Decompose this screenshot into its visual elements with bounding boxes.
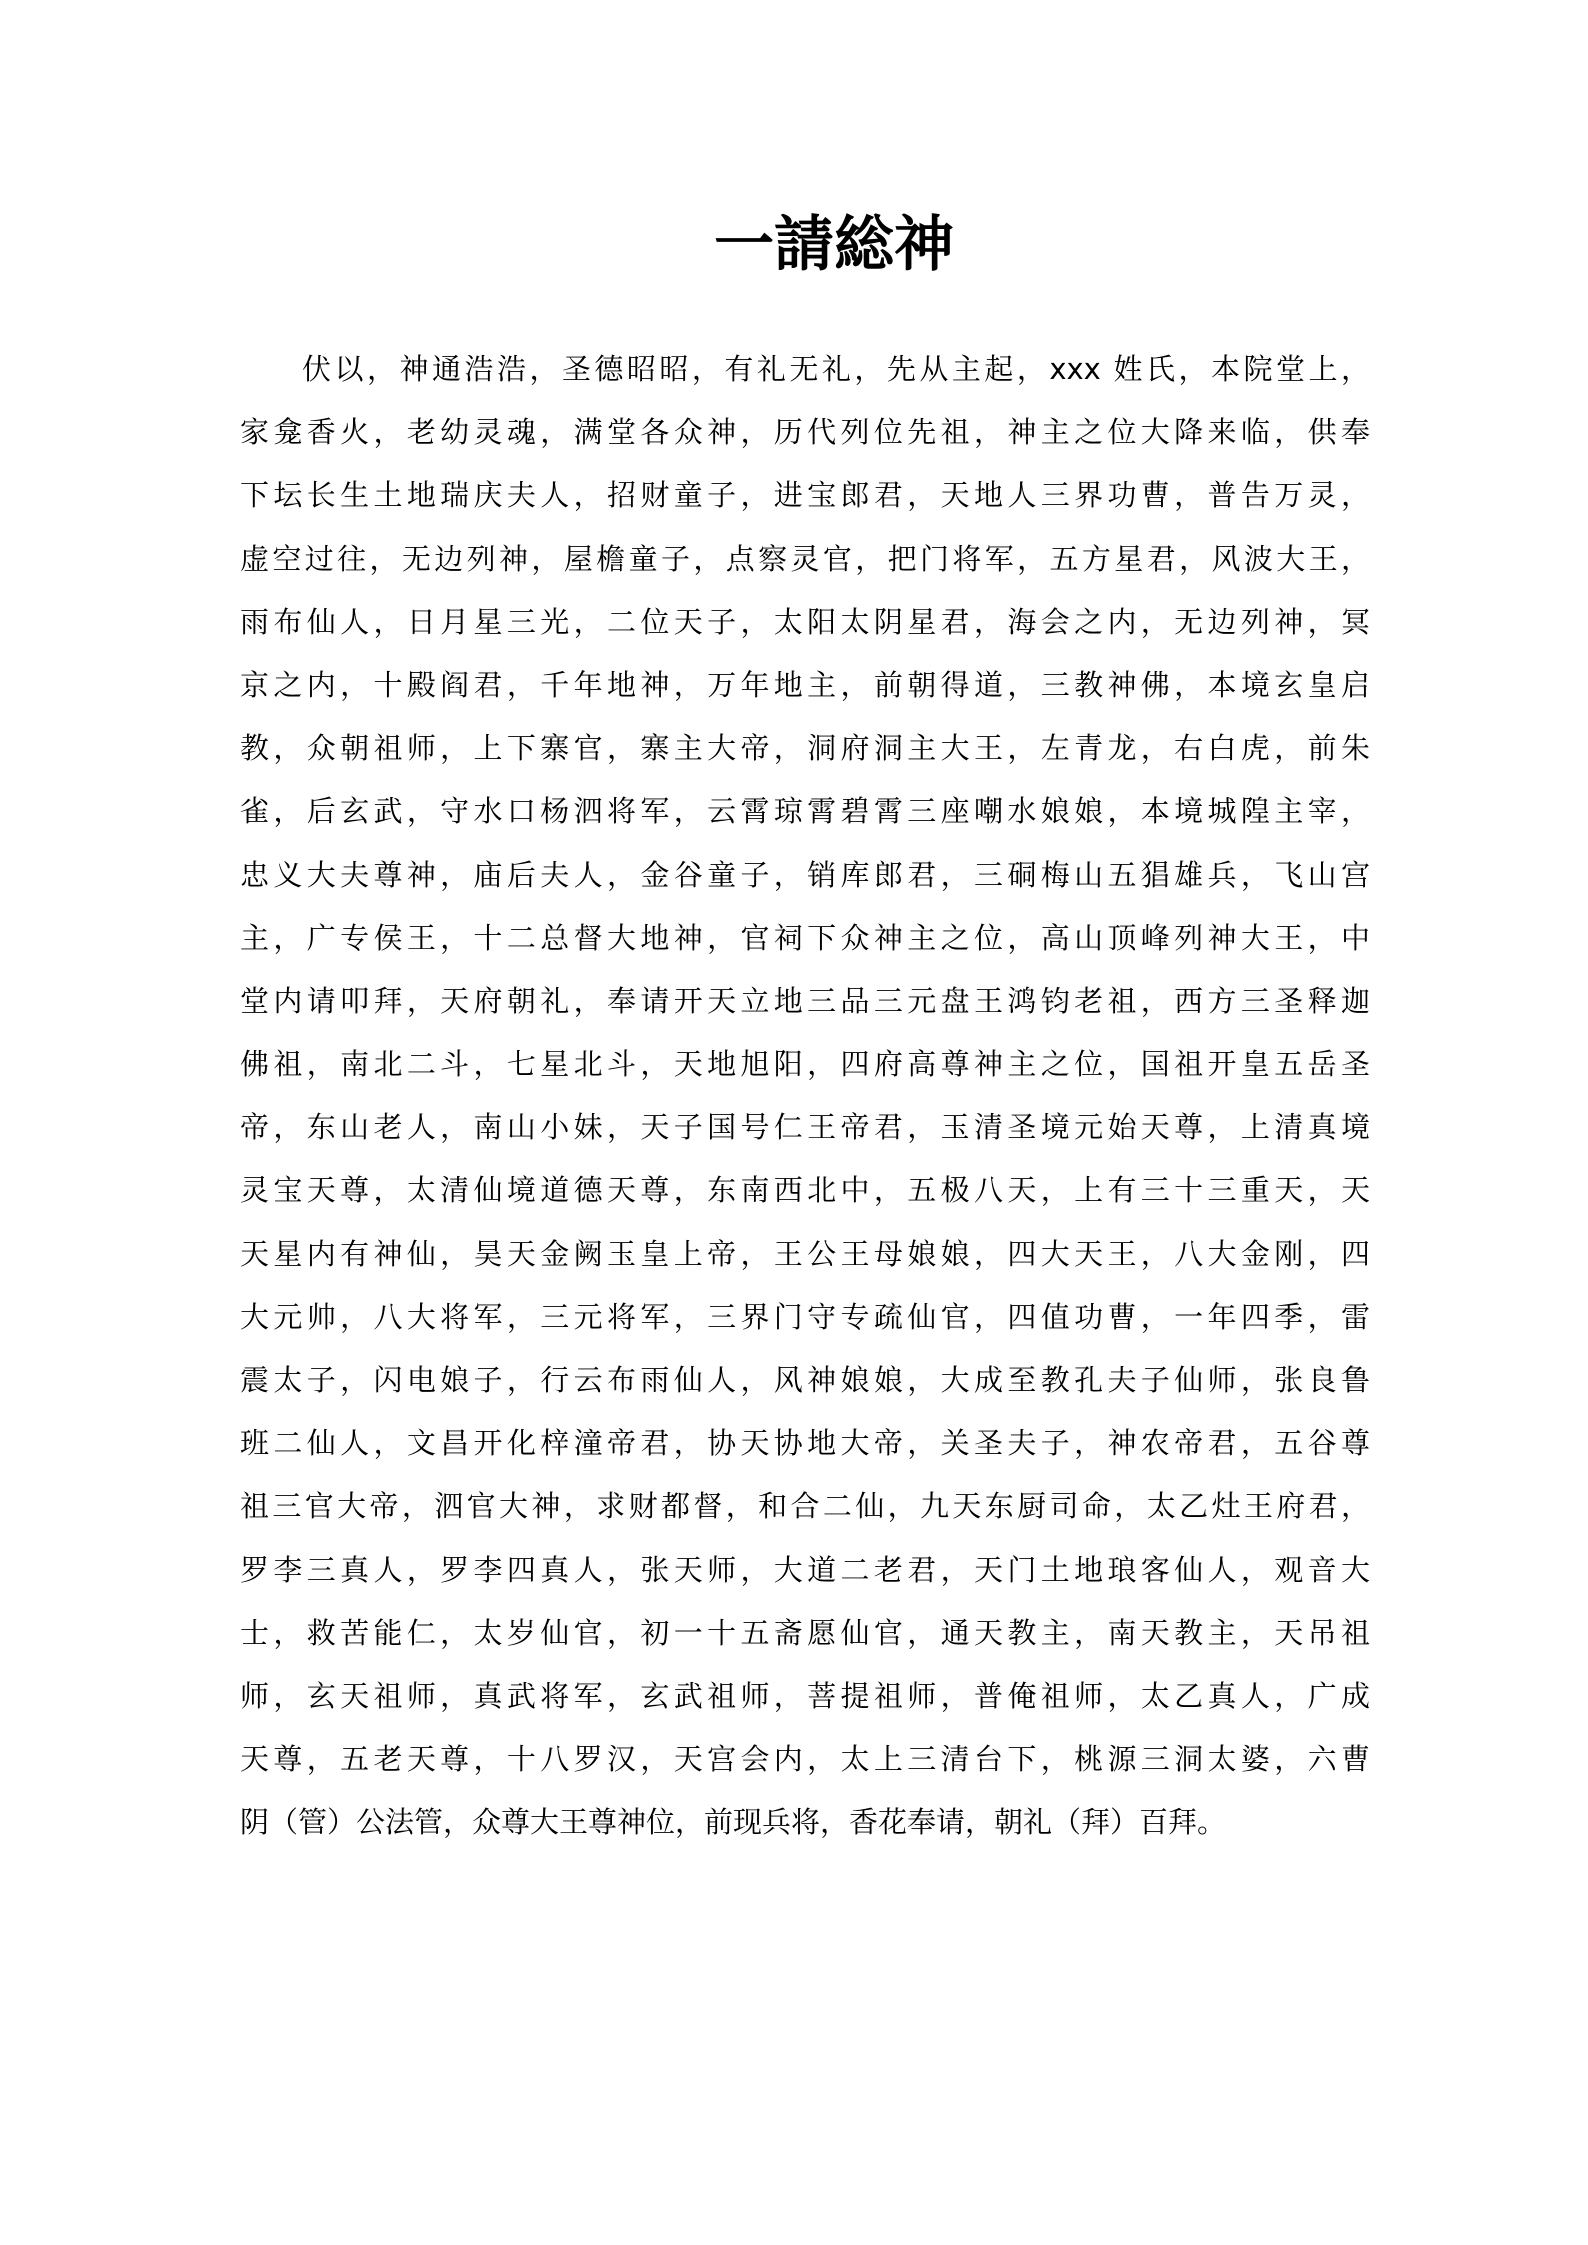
text-line: 忠义大夫尊神，庙后夫人，金谷童子，销库郎君，三硐梅山五猖雄兵，飞山宫 xyxy=(240,844,1370,907)
text-line: 家龛香火，老幼灵魂，满堂各众神，历代列位先祖，神主之位大降来临，供奉 xyxy=(240,401,1370,464)
text-line: 帝，东山老人，南山小妹，天子国号仁王帝君，玉清圣境元始天尊，上清真境 xyxy=(240,1096,1370,1159)
document-title: 一請総神 xyxy=(0,205,1588,285)
text-line: 阴（管）公法管，众尊大王尊神位，前现兵将，香花奉请，朝礼（拜）百拜。 xyxy=(240,1791,1370,1854)
text-line: 师，玄天祖师，真武将军，玄武祖师，菩提祖师，普俺祖师，太乙真人，广成 xyxy=(240,1665,1370,1728)
text-line: 天尊，五老天尊，十八罗汉，天宫会内，太上三清台下，桃源三洞太婆，六曹 xyxy=(240,1728,1370,1791)
text-line: 雀，后玄武，守水口杨泗将军，云霄琼霄碧霄三座嘲水娘娘，本境城隍主宰， xyxy=(240,780,1370,843)
document-page: 一請総神 伏以，神通浩浩，圣德昭昭，有礼无礼，先从主起，xxx 姓氏，本院堂上，… xyxy=(0,0,1588,2245)
text-line: 虚空过往，无边列神，屋檐童子，点察灵官，把门将军，五方星君，风波大王， xyxy=(240,528,1370,591)
text-line: 主，广专侯王，十二总督大地神，官祠下众神主之位，高山顶峰列神大王，中 xyxy=(240,907,1370,970)
text-line: 士，救苦能仁，太岁仙官，初一十五斋愿仙官，通天教主，南天教主，天吊祖 xyxy=(240,1602,1370,1665)
text-line: 天星内有神仙，昊天金阙玉皇上帝，王公王母娘娘，四大天王，八大金刚，四 xyxy=(240,1223,1370,1286)
text-line: 班二仙人，文昌开化梓潼帝君，协天协地大帝，关圣夫子，神农帝君，五谷尊 xyxy=(240,1412,1370,1475)
text-line: 堂内请叩拜，天府朝礼，奉请开天立地三品三元盘王鸿钧老祖，西方三圣释迦 xyxy=(240,970,1370,1033)
text-line: 京之内，十殿阎君，千年地神，万年地主，前朝得道，三教神佛，本境玄皇启 xyxy=(240,654,1370,717)
text-line: 灵宝天尊，太清仙境道德天尊，东南西北中，五极八天，上有三十三重天，天 xyxy=(240,1159,1370,1222)
text-line: 罗李三真人，罗李四真人，张天师，大道二老君，天门土地琅客仙人，观音大 xyxy=(240,1539,1370,1602)
text-line: 佛祖，南北二斗，七星北斗，天地旭阳，四府高尊神主之位，国祖开皇五岳圣 xyxy=(240,1033,1370,1096)
text-line: 教，众朝祖师，上下寨官，寨主大帝，洞府洞主大王，左青龙，右白虎，前朱 xyxy=(240,717,1370,780)
text-line: 伏以，神通浩浩，圣德昭昭，有礼无礼，先从主起，xxx 姓氏，本院堂上， xyxy=(240,338,1370,401)
text-line: 震太子，闪电娘子，行云布雨仙人，风神娘娘，大成至教孔夫子仙师，张良鲁 xyxy=(240,1349,1370,1412)
text-line: 下坛长生土地瑞庆夫人，招财童子，进宝郎君，天地人三界功曹，普告万灵， xyxy=(240,464,1370,527)
text-line: 祖三官大帝，泗官大神，求财都督，和合二仙，九天东厨司命，太乙灶王府君， xyxy=(240,1475,1370,1538)
document-body: 伏以，神通浩浩，圣德昭昭，有礼无礼，先从主起，xxx 姓氏，本院堂上， 家龛香火… xyxy=(240,338,1370,1855)
text-line: 大元帅，八大将军，三元将军，三界门守专疏仙官，四值功曹，一年四季，雷 xyxy=(240,1286,1370,1349)
text-line: 雨布仙人，日月星三光，二位天子，太阳太阴星君，海会之内，无边列神，冥 xyxy=(240,591,1370,654)
